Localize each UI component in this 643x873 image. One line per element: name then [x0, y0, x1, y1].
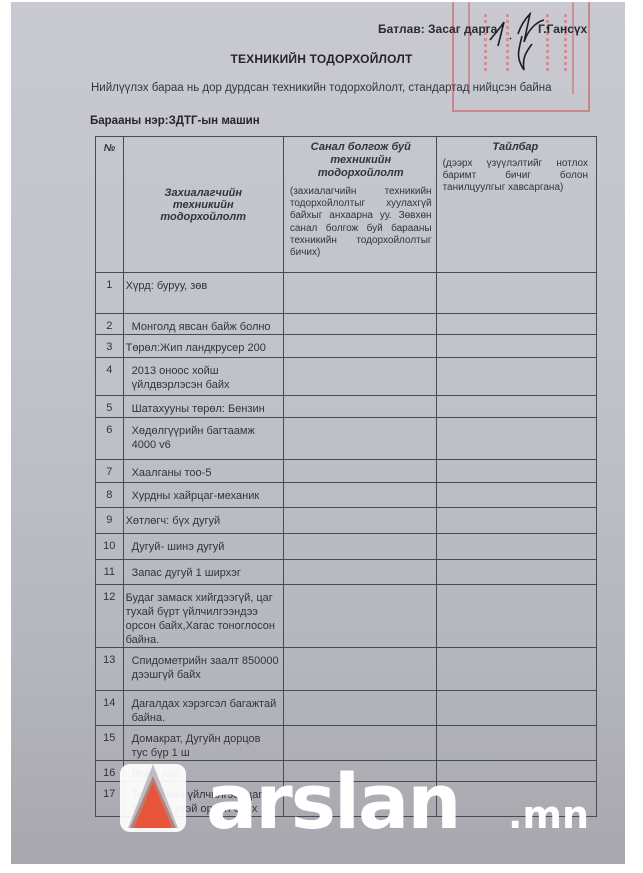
row-requirement: Спидометрийн заалт 850000 дээшгүй байх: [123, 648, 283, 691]
row-number: 4: [96, 358, 124, 396]
row-number: 7: [96, 460, 124, 483]
table-row: 6Хөдөлгүүрийн багтаамж 4000 v6: [96, 418, 597, 460]
row-proposed-cell: [283, 508, 436, 534]
row-remark-cell: [436, 508, 596, 534]
document-title: ТЕХНИКИЙН ТОДОРХОЙЛОЛТ: [0, 52, 643, 66]
header-proposed-note: (захиалагчийн техникийн тодорхойлолтыг х…: [290, 186, 432, 259]
row-proposed-cell: [283, 691, 436, 726]
row-remark-cell: [436, 273, 596, 314]
row-remark-cell: [436, 534, 596, 560]
row-remark-cell: [436, 585, 596, 648]
row-number: 5: [96, 396, 124, 418]
goods-name: Барааны нэр:ЗДТГ-ын машин: [90, 115, 260, 127]
header-number: №: [96, 137, 124, 273]
table-row: 13Спидометрийн заалт 850000 дээшгүй байх: [96, 648, 597, 691]
row-remark-cell: [436, 691, 596, 726]
table-row: 1Хүрд: буруу, зөв: [96, 273, 597, 314]
row-requirement: Хөдөлгүүрийн багтаамж 4000 v6: [123, 418, 283, 460]
row-proposed-cell: [283, 418, 436, 460]
row-number: 8: [96, 483, 124, 508]
table-row: 8Хурдны хайрцаг-механик: [96, 483, 597, 508]
row-number: 3: [96, 335, 124, 358]
row-proposed-cell: [283, 726, 436, 761]
header-proposed: Санал болгож буй техникийн тодорхойлолт …: [283, 137, 436, 273]
header-remark-title: Тайлбар: [443, 141, 588, 153]
table-header-row: № Захиалагчийн техникийн тодорхойлолт Са…: [96, 137, 597, 273]
arslan-logo-watermark: arslan .mn: [120, 764, 620, 834]
row-number: 6: [96, 418, 124, 460]
row-proposed-cell: [283, 396, 436, 418]
table-row: 42013 оноос хойш үйлдвэрлэсэн байх: [96, 358, 597, 396]
row-requirement: Монголд явсан байж болно: [123, 314, 283, 335]
row-remark-cell: [436, 460, 596, 483]
table-row: 14Дагалдах хэрэгсэл багажтай байна.: [96, 691, 597, 726]
row-number: 12: [96, 585, 124, 648]
row-requirement: Шатахууны төрөл: Бензин: [123, 396, 283, 418]
row-proposed-cell: [283, 335, 436, 358]
row-proposed-cell: [283, 585, 436, 648]
table-row: 5Шатахууны төрөл: Бензин: [96, 396, 597, 418]
intro-text: Нийлүүлэх бараа нь дор дурдсан техникийн…: [91, 82, 552, 94]
row-remark-cell: [436, 648, 596, 691]
header-proposed-title: Санал болгож буй техникийн тодорхойлолт: [290, 141, 432, 180]
row-number: 2: [96, 314, 124, 335]
row-requirement: Хурдны хайрцаг-механик: [123, 483, 283, 508]
row-requirement: Хаалганы тоо-5: [123, 460, 283, 483]
table-row: 12Будаг замаск хийгдээгүй, цаг тухай бүр…: [96, 585, 597, 648]
row-number: 13: [96, 648, 124, 691]
row-requirement: Запас дугуй 1 ширхэг: [123, 560, 283, 585]
row-remark-cell: [436, 726, 596, 761]
row-proposed-cell: [283, 273, 436, 314]
row-proposed-cell: [283, 358, 436, 396]
header-remark: Тайлбар (дээрх үзүүлэлтийг нотлох баримт…: [436, 137, 596, 273]
row-requirement: Дагалдах хэрэгсэл багажтай байна.: [123, 691, 283, 726]
row-number: 17: [96, 782, 124, 817]
row-proposed-cell: [283, 314, 436, 335]
watermark-text: arslan: [206, 764, 459, 834]
row-remark-cell: [436, 560, 596, 585]
row-remark-cell: [436, 358, 596, 396]
row-number: 9: [96, 508, 124, 534]
row-requirement: Хүрд: буруу, зөв: [123, 273, 283, 314]
watermark-suffix: .mn: [508, 793, 589, 834]
row-requirement: Домакрат, Дугуйн дорцов тус бүр 1 ш: [123, 726, 283, 761]
table-row: 7Хаалганы тоо-5: [96, 460, 597, 483]
row-remark-cell: [436, 418, 596, 460]
approval-line: Батлав: Засаг дарга Г.Гансүх: [378, 22, 497, 36]
approval-label: Батлав: Засаг дарга: [378, 22, 497, 36]
table-row: 9Хөтлөгч: бүх дугуй: [96, 508, 597, 534]
table-row: 2Монголд явсан байж болно: [96, 314, 597, 335]
row-requirement: Будаг замаск хийгдээгүй, цаг тухай бүрт …: [123, 585, 283, 648]
row-proposed-cell: [283, 560, 436, 585]
row-remark-cell: [436, 483, 596, 508]
row-proposed-cell: [283, 483, 436, 508]
row-requirement: Дугуй- шинэ дугуй: [123, 534, 283, 560]
header-remark-note: (дээрх үзүүлэлтийг нотлох баримт бичиг б…: [443, 158, 588, 194]
row-remark-cell: [436, 396, 596, 418]
row-number: 11: [96, 560, 124, 585]
row-proposed-cell: [283, 534, 436, 560]
table-row: 3Төрөл:Жип ландкрусер 200: [96, 335, 597, 358]
row-requirement: Хөтлөгч: бүх дугуй: [123, 508, 283, 534]
row-number: 15: [96, 726, 124, 761]
table-row: 15Домакрат, Дугуйн дорцов тус бүр 1 ш: [96, 726, 597, 761]
row-number: 1: [96, 273, 124, 314]
specification-table: № Захиалагчийн техникийн тодорхойлолт Са…: [95, 136, 597, 817]
row-proposed-cell: [283, 648, 436, 691]
row-number: 14: [96, 691, 124, 726]
row-requirement: 2013 оноос хойш үйлдвэрлэсэн байх: [123, 358, 283, 396]
table-row: 11Запас дугуй 1 ширхэг: [96, 560, 597, 585]
row-number: 10: [96, 534, 124, 560]
header-requirement: Захиалагчийн техникийн тодорхойлолт: [123, 137, 283, 273]
row-requirement: Төрөл:Жип ландкрусер 200: [123, 335, 283, 358]
row-proposed-cell: [283, 460, 436, 483]
row-remark-cell: [436, 314, 596, 335]
row-number: 16: [96, 761, 124, 782]
row-remark-cell: [436, 335, 596, 358]
table-row: 10Дугуй- шинэ дугуй: [96, 534, 597, 560]
